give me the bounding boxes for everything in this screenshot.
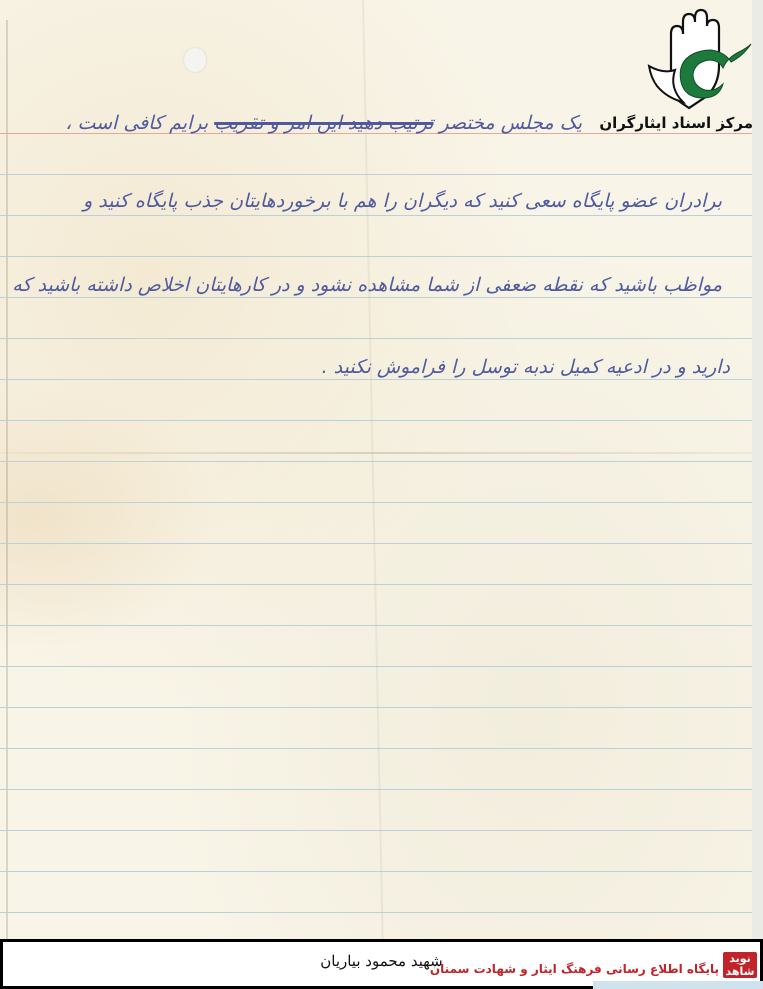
handwriting-line-1-end: برایم کافی است ، bbox=[65, 112, 208, 134]
rule-line bbox=[0, 338, 752, 339]
rule-line bbox=[0, 420, 752, 421]
watermark-badge-logo: نوید شاهد bbox=[723, 952, 757, 978]
handwriting-line-2: برادران عضو پایگاه سعی کنید که دیگران را… bbox=[83, 190, 722, 212]
archive-logo: مرکز اسناد ایثارگران bbox=[619, 4, 759, 140]
rule-line bbox=[0, 256, 752, 257]
site-watermark: پایگاه اطلاع رسانی فرهنگ ایثار و شهادت س… bbox=[568, 950, 763, 989]
rule-line bbox=[0, 748, 752, 749]
rule-line bbox=[0, 502, 752, 503]
horizontal-fold bbox=[0, 452, 752, 454]
vertical-fold bbox=[362, 0, 384, 939]
rule-line bbox=[0, 461, 752, 462]
handwriting-line-1: یک مجلس مختصر ترتیب دهید این امر و تقریب… bbox=[65, 112, 582, 134]
lined-paper: یک مجلس مختصر ترتیب دهید این امر و تقریب… bbox=[0, 0, 752, 939]
handwriting-line-3: مواظب باشید که نقطه ضعفی از شما مشاهده ن… bbox=[12, 274, 722, 296]
document-page: یک مجلس مختصر ترتیب دهید این امر و تقریب… bbox=[0, 0, 763, 989]
left-margin-edge bbox=[6, 20, 8, 939]
watermark-text: پایگاه اطلاع رسانی فرهنگ ایثار و شهادت س… bbox=[430, 962, 719, 976]
scan-edge-strip bbox=[752, 0, 763, 939]
handwriting-line-1-start: یک مجلس مختصر bbox=[440, 112, 582, 134]
rule-line bbox=[0, 912, 752, 913]
archive-logo-text: مرکز اسناد ایثارگران bbox=[599, 114, 753, 132]
rule-line bbox=[0, 871, 752, 872]
watermark-band bbox=[593, 981, 763, 989]
rule-line bbox=[0, 174, 752, 175]
paper-hole bbox=[184, 48, 206, 72]
struck-out-text: ترتیب دهید این امر و تقریب bbox=[214, 112, 433, 134]
rule-line bbox=[0, 830, 752, 831]
rule-line bbox=[0, 543, 752, 544]
rule-line bbox=[0, 215, 752, 216]
hand-dove-crescent-icon bbox=[619, 4, 759, 114]
rule-line bbox=[0, 789, 752, 790]
rule-line bbox=[0, 379, 752, 380]
handwriting-line-4: دارید و در ادعیه کمیل ندبه توسل را فرامو… bbox=[322, 356, 730, 378]
rule-line bbox=[0, 297, 752, 298]
